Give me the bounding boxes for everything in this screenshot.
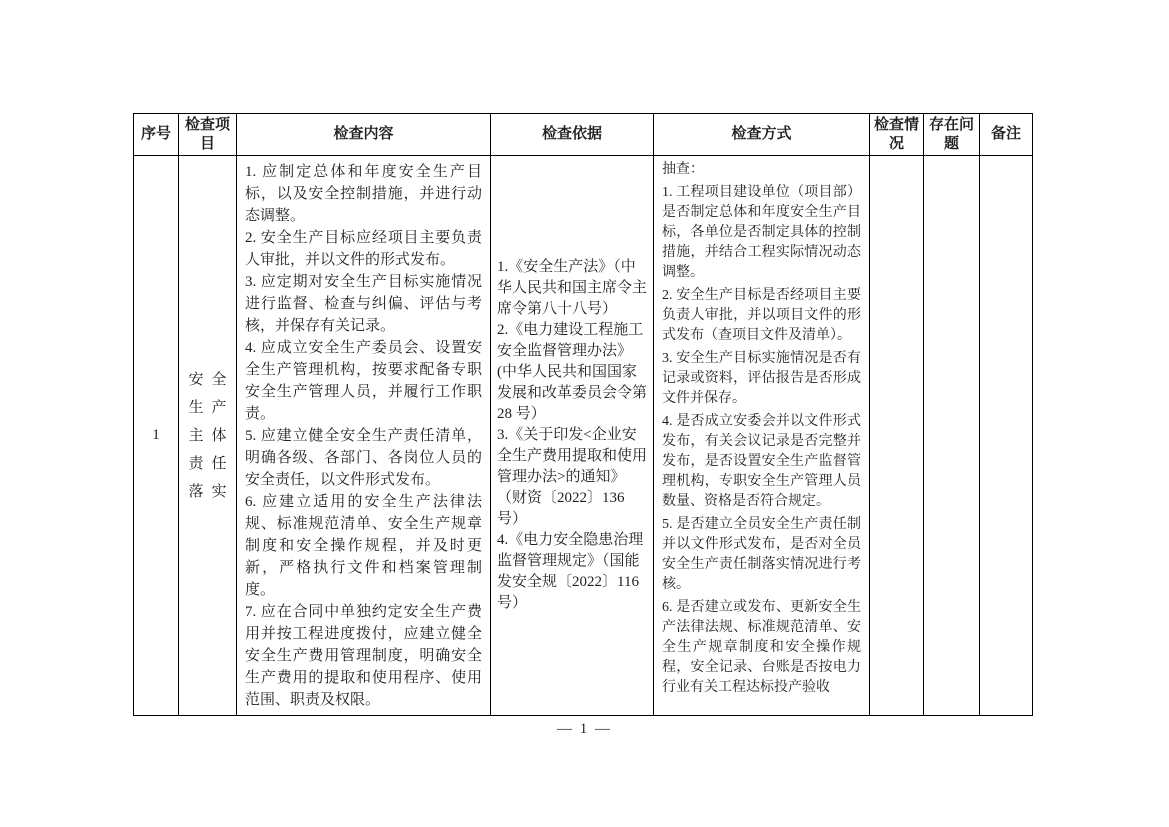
- table-row: 1 安全 生产 主体 责任 落实 1. 应制定总体和年度安全生产目标，以及安全控…: [134, 156, 1033, 716]
- column-header-remark: 备注: [980, 114, 1033, 156]
- method-item: 1. 工程项目建设单位（项目部）是否制定总体和年度安全生产目标，各单位是否制定具…: [662, 183, 861, 283]
- seq-cell: 1: [134, 156, 179, 716]
- document-page: 序号 检查项目 检查内容 检查依据 检查方式 检查情况 存在问题 备注 1 安全: [0, 0, 1169, 827]
- content-item: 7. 应在合同中单独约定安全生产费用并按工程进度拨付，应建立健全安全生产费用管理…: [245, 601, 482, 708]
- item-cell: 安全 生产 主体 责任 落实: [179, 156, 237, 716]
- item-line: 主体: [179, 422, 236, 450]
- column-header-item: 检查项目: [179, 114, 237, 156]
- seq-number: 1: [152, 427, 160, 443]
- method-item: 5. 是否建立全员安全生产责任制并以文件形式发布，是否对全员安全生产责任制落实情…: [662, 515, 861, 595]
- content-item: 6. 应建立适用的安全生产法律法规、标准规范清单、安全生产规章制度和安全操作规程…: [245, 491, 482, 601]
- method-item: 2. 安全生产目标是否经项目主要负责人审批，并以项目文件的形式发布（查项目文件及…: [662, 286, 861, 346]
- remark-cell: [980, 156, 1033, 716]
- basis-item: 4.《电力安全隐患治理监督管理规定》（国能发安全规〔2022〕116 号）: [497, 530, 647, 614]
- basis-item: 3.《关于印发<企业安全生产费用提取和使用管理办法>的通知》（财资〔2022〕1…: [497, 425, 647, 530]
- column-header-problem: 存在问题: [924, 114, 980, 156]
- basis-cell: 1.《安全生产法》（中华人民共和国主席令主席令第八十八号） 2.《电力建设工程施…: [491, 156, 654, 716]
- content-item: 1. 应制定总体和年度安全生产目标，以及安全控制措施，并进行动态调整。: [245, 161, 482, 227]
- basis-list: 1.《安全生产法》（中华人民共和国主席令主席令第八十八号） 2.《电力建设工程施…: [491, 253, 653, 618]
- item-line: 落实: [179, 478, 236, 506]
- column-header-method: 检查方式: [654, 114, 870, 156]
- method-list: 抽查： 1. 工程项目建设单位（项目部）是否制定总体和年度安全生产目标，各单位是…: [654, 156, 869, 702]
- page-number: — 1 —: [0, 721, 1169, 738]
- inspection-table-container: 序号 检查项目 检查内容 检查依据 检查方式 检查情况 存在问题 备注 1 安全: [133, 113, 1033, 716]
- method-intro: 抽查：: [662, 160, 861, 180]
- method-item: 3. 安全生产目标实施情况是否有记录或资料，评估报告是否形成文件并保存。: [662, 349, 861, 409]
- method-item: 6. 是否建立或发布、更新安全生产法律法规、标准规范清单、安全生产规章制度和安全…: [662, 598, 861, 698]
- basis-item: 1.《安全生产法》（中华人民共和国主席令主席令第八十八号）: [497, 257, 647, 320]
- content-item: 3. 应定期对安全生产目标实施情况进行监督、检查与纠偏、评估与考核，并保存有关记…: [245, 271, 482, 337]
- column-header-seq: 序号: [134, 114, 179, 156]
- situation-cell: [870, 156, 924, 716]
- column-header-situation: 检查情况: [870, 114, 924, 156]
- content-cell: 1. 应制定总体和年度安全生产目标，以及安全控制措施，并进行动态调整。 2. 安…: [237, 156, 491, 716]
- inspection-table: 序号 检查项目 检查内容 检查依据 检查方式 检查情况 存在问题 备注 1 安全: [133, 113, 1033, 716]
- content-item: 2. 安全生产目标应经项目主要负责人审批，并以文件的形式发布。: [245, 227, 482, 271]
- column-header-basis: 检查依据: [491, 114, 654, 156]
- content-item: 5. 应建立健全安全生产责任清单，明确各级、各部门、各岗位人员的安全责任，以文件…: [245, 425, 482, 491]
- content-list: 1. 应制定总体和年度安全生产目标，以及安全控制措施，并进行动态调整。 2. 安…: [237, 156, 490, 708]
- header-row: 序号 检查项目 检查内容 检查依据 检查方式 检查情况 存在问题 备注: [134, 114, 1033, 156]
- item-line: 责任: [179, 450, 236, 478]
- column-header-content: 检查内容: [237, 114, 491, 156]
- item-line: 生产: [179, 394, 236, 422]
- item-line: 安全: [179, 366, 236, 394]
- basis-item: 2.《电力建设工程施工安全监督管理办法》(中华人民共和国国家发展和改革委员会令第…: [497, 320, 647, 425]
- method-cell: 抽查： 1. 工程项目建设单位（项目部）是否制定总体和年度安全生产目标，各单位是…: [654, 156, 870, 716]
- problem-cell: [924, 156, 980, 716]
- method-item: 4. 是否成立安委会并以文件形式发布，有关会议记录是否完整并发布，是否设置安全生…: [662, 412, 861, 512]
- content-item: 4. 应成立安全生产委员会、设置安全生产管理机构，按要求配备专职安全生产管理人员…: [245, 337, 482, 425]
